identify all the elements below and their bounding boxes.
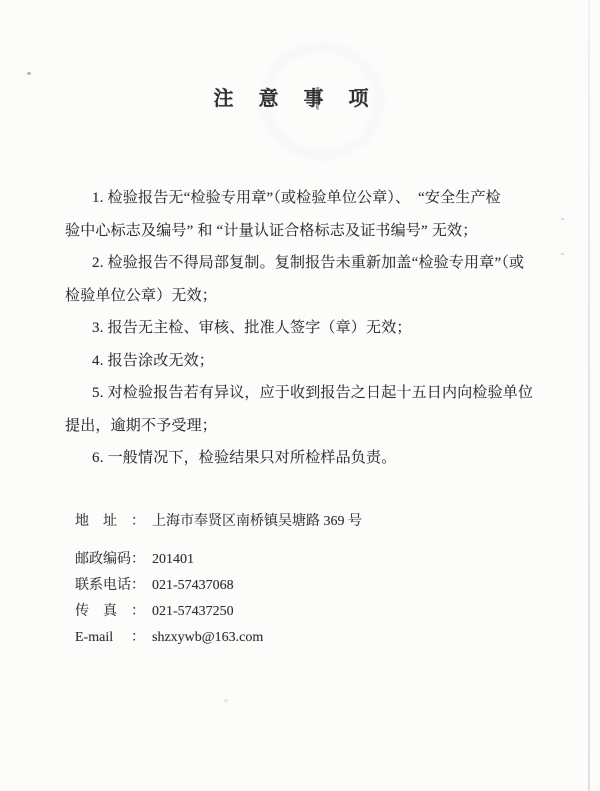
page-title: 注意事项	[0, 82, 600, 111]
scanned-document-page: 注意事项 1. 检验报告无“检验专用章”（或检验单位公章）、 “安全生产检 验中…	[0, 0, 600, 791]
contact-row-email: E-mail ：shzxywb@163.com	[75, 625, 362, 651]
contact-value-email: shzxywb@163.com	[152, 630, 263, 645]
notice-item-2-line-2: 检验单位公章）无效；	[65, 280, 535, 313]
contact-row-postcode: 邮政编码：201401	[75, 547, 362, 573]
contact-value-phone: 021-57437068	[152, 578, 234, 593]
notice-item-1-line-2: 验中心标志及编号” 和 “计量认证合格标志及证书编号” 无效；	[65, 215, 535, 248]
notice-item-2-line-1: 2. 检验报告不得局部复制。复制报告未重新加盖“检验专用章”（或	[65, 247, 535, 280]
contact-row-fax: 传真：021-57437250	[75, 599, 362, 625]
contact-row-phone: 联系电话：021-57437068	[75, 573, 362, 599]
scan-speck	[224, 699, 228, 702]
notice-item-3: 3. 报告无主检、审核、批准人签字（章）无效；	[65, 312, 535, 345]
contact-label-postcode: 邮政编码：	[75, 547, 145, 573]
scan-speck	[27, 72, 31, 75]
notice-item-5-line-1: 5. 对检验报告若有异议，应于收到报告之日起十五日内向检验单位	[65, 377, 535, 410]
contact-value-postcode: 201401	[152, 552, 194, 567]
contact-info: 地址：上海市奉贤区南桥镇吴塘路 369 号 邮政编码：201401 联系电话：0…	[75, 509, 362, 651]
contact-row-address: 地址：上海市奉贤区南桥镇吴塘路 369 号	[75, 509, 362, 535]
scan-speck	[561, 253, 564, 255]
scan-speck	[561, 218, 564, 220]
contact-label-phone: 联系电话：	[75, 573, 145, 599]
contact-label-fax: 传真：	[75, 599, 145, 625]
contact-value-address: 上海市奉贤区南桥镇吴塘路 369 号	[152, 514, 362, 529]
page-title-text: 注意事项	[214, 82, 394, 111]
scan-artifact-title-stroke	[316, 87, 320, 110]
notice-list: 1. 检验报告无“检验专用章”（或检验单位公章）、 “安全生产检 验中心标志及编…	[65, 182, 535, 475]
notice-item-4: 4. 报告涂改无效；	[65, 345, 535, 378]
scan-edge-line	[588, 0, 590, 791]
contact-value-fax: 021-57437250	[152, 604, 234, 619]
notice-item-6: 6. 一般情况下，检验结果只对所检样品负责。	[65, 442, 535, 475]
notice-item-5-line-2: 提出，逾期不予受理；	[65, 410, 535, 443]
contact-label-email: E-mail ：	[75, 625, 145, 651]
contact-label-address: 地址：	[75, 509, 145, 535]
notice-item-1-line-1: 1. 检验报告无“检验专用章”（或检验单位公章）、 “安全生产检	[65, 182, 535, 215]
